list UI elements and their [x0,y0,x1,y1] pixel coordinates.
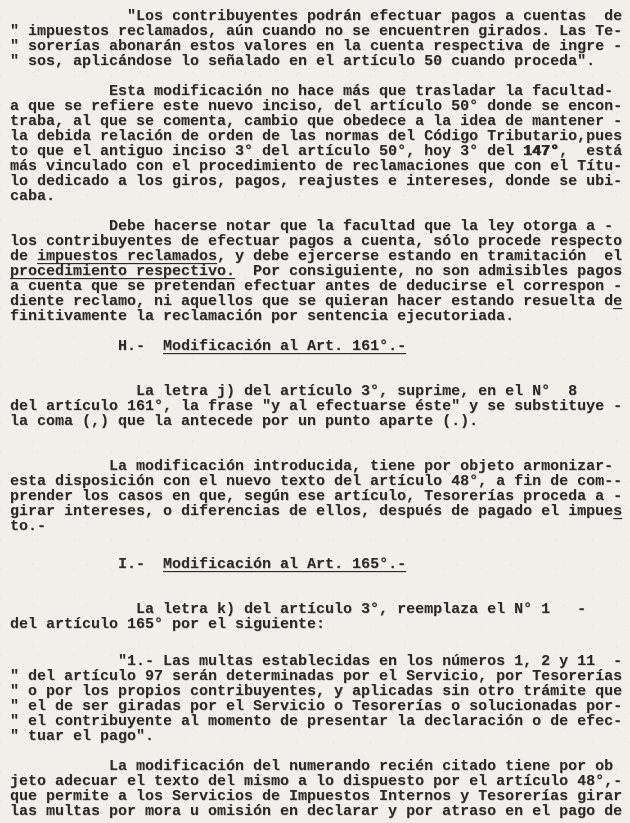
underlined-text-segment: Modificación al Art. 165°.- [163,556,406,573]
document-line: jeto adecuar el texto del mismo a lo dis… [10,774,630,789]
document-line: La letra j) del artículo 3°, suprime, en… [10,384,630,399]
text-segment: lo dedicado a los giros, pagos, reajuste… [10,173,622,190]
paragraph-payments-on-account: Debe hacerse notar que la facultad que l… [10,219,630,324]
text-segment: " sos, aplicándose lo señalado en el art… [10,53,595,70]
text-segment: la coma (,) que la antecede por un punto… [10,413,478,430]
quoted-passage-article-50: "Los contribuyentes podrán efectuar pago… [10,9,630,69]
text-segment: I.- [10,556,163,573]
document-line: prender los casos en que, según ese artí… [10,489,630,504]
document-line: to que el antiguo inciso 3° del artículo… [10,144,630,159]
document-line: " tuar el pago". [10,729,630,744]
document-line: del artículo 165° por el siguiente: [10,617,630,632]
document-line: del artículo 161°, la frase "y al efectu… [10,399,630,414]
document-line: que permite a los Servicios de Impuestos… [10,789,630,804]
text-segment: las multas por mora u omisión en declara… [10,803,622,820]
paragraph-harmonization-art-48: La modificación introducida, tiene por o… [10,459,630,534]
paragraph-letter-j-suppression: La letra j) del artículo 3°, suprime, en… [10,384,630,429]
text-segment: " tuar el pago". [10,728,154,745]
document-line: " sos, aplicándose lo señalado en el art… [10,54,630,69]
underlined-text-segment: s [613,503,622,520]
document-line: " el de ser giradas por el Servicio o Te… [10,699,630,714]
document-line: la debida relación de orden de las norma… [10,129,630,144]
document-line: girar intereses, o diferencias de ellos,… [10,504,630,519]
paragraph-letter-k-replacement: La letra k) del artículo 3°, reemplaza e… [10,602,630,632]
document-line: " o por los propios contribuyentes, y ap… [10,684,630,699]
document-line: Esta modificación no hace más que trasla… [10,84,630,99]
document-line: las multas por mora u omisión en declara… [10,804,630,819]
document-line: "1.- Las multas establecidas en los núme… [10,654,630,669]
document-line: la coma (,) que la antecede por un punto… [10,414,630,429]
document-line: a que se refiere este nuevo inciso, del … [10,99,630,114]
quoted-passage-fines-art-97: "1.- Las multas establecidas en los núme… [10,654,630,744]
heading-h-modification-art-161: H.- Modificación al Art. 161°.- [10,339,630,354]
document-line: lo dedicado a los giros, pagos, reajuste… [10,174,630,189]
document-line: I.- Modificación al Art. 165°.- [10,557,630,572]
document-line: to.- [10,519,630,534]
document-line: "Los contribuyentes podrán efectuar pago… [10,9,630,24]
document-line: esta disposición con el nuevo texto del … [10,474,630,489]
document-line: caba. [10,189,630,204]
document-line: Debe hacerse notar que la facultad que l… [10,219,630,234]
document-line: H.- Modificación al Art. 161°.- [10,339,630,354]
document-line: finitivamente la reclamación por sentenc… [10,309,630,324]
document-line: La modificación introducida, tiene por o… [10,459,630,474]
text-segment: girar intereses, o diferencias de ellos,… [10,503,613,520]
text-segment: del artículo 165° por el siguiente: [10,616,325,633]
document-line: a cuenta que se pretendan efectuar antes… [10,279,630,294]
document-body: "Los contribuyentes podrán efectuar pago… [10,9,630,819]
document-line: " el contribuyente al momento de present… [10,714,630,729]
document-line: diente reclamo, ni aquellos que se quier… [10,294,630,309]
document-line: traba, al que se comenta, cambio que obe… [10,114,630,129]
text-segment: to.- [10,518,46,535]
heading-i-modification-art-165: I.- Modificación al Art. 165°.- [10,557,630,572]
text-segment: finitivamente la reclamación por sentenc… [10,308,514,325]
document-line: La letra k) del artículo 3°, reemplaza e… [10,602,630,617]
document-line: La modificación del numerando recién cit… [10,759,630,774]
text-segment: H.- [10,338,163,355]
document-line: de impuestos reclamados, y debe ejercers… [10,249,630,264]
document-line: " sorerías abonarán estos valores en la … [10,39,630,54]
paragraph-relocation-of-faculty: Esta modificación no hace más que trasla… [10,84,630,204]
underlined-text-segment: e [613,293,622,310]
document-line: más vinculado con el procedimiento de re… [10,159,630,174]
paragraph-adaptation-numerando: La modificación del numerando recién cit… [10,759,630,819]
document-page: "Los contribuyentes podrán efectuar pago… [0,0,630,823]
document-line: " impuestos reclamados, aún cuando no se… [10,24,630,39]
document-line: procedimiento respectivo. Por consiguien… [10,264,630,279]
document-line: los contribuyentes de efectuar pagos a c… [10,234,630,249]
underlined-text-segment: Modificación al Art. 161°.- [163,338,406,355]
document-line: " del artículo 97 serán determinadas por… [10,669,630,684]
text-segment: caba. [10,188,55,205]
